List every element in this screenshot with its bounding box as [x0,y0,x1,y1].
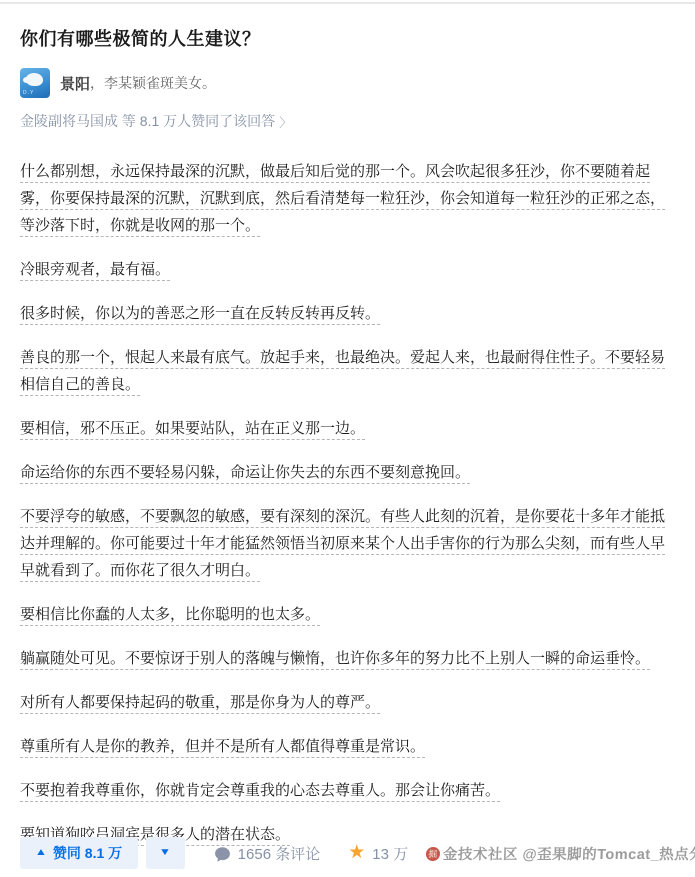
star-count: 13 万 [372,843,408,864]
comments-button[interactable]: 1656 条评论 [214,843,321,864]
watermark: 掘 金技术社区 @歪果脚的Tomcat_热点分享 [426,843,695,864]
answer-paragraph: 要相信比你蠢的人太多，比你聪明的也太多。 [20,601,675,628]
answer-paragraph: 对所有人都要保持起码的敬重，那是你身为人的尊严。 [20,689,675,716]
author-headline: 李某颖雀斑美女。 [104,73,216,93]
author-avatar[interactable]: D.Y [20,68,50,98]
answer-paragraph: 不要抱着我尊重你，你就肯定会尊重我的心态去尊重人。那会让你痛苦。 [20,777,675,804]
upvote-button[interactable]: ▲ 赞同 8.1 万 [20,837,138,869]
chevron-right-icon: 〉 [279,112,292,131]
watermark-text: 金技术社区 @歪果脚的Tomcat_热点分享 [443,843,695,864]
comments-label: 1656 条评论 [238,843,321,864]
star-button[interactable]: ★ 13 万 [348,843,408,864]
author-separator: ， [90,73,104,93]
answer-paragraph: 命运给你的东西不要轻易闪躲，命运让你失去的东西不要刻意挽回。 [20,459,675,486]
downvote-triangle-icon: ▼ [159,848,171,858]
comment-bubble-icon [214,846,231,863]
author-row: D.Y 景阳 ， 李某颖雀斑美女。 [20,67,675,99]
star-icon: ★ [348,843,365,862]
watermark-logo-icon: 掘 [426,846,440,860]
author-name[interactable]: 景阳 [60,73,90,94]
answer-paragraph: 尊重所有人是你的教养，但并不是所有人都值得尊重是常识。 [20,733,675,760]
answer-card: 你们有哪些极简的人生建议？ D.Y 景阳 ， 李某颖雀斑美女。 金陵副将马国成 … [0,0,695,877]
answer-paragraph: 不要浮夸的敏感，不要飘忽的敏感，要有深刻的深沉。有些人此刻的沉着，是你要花十多年… [20,503,675,584]
answer-paragraph: 躺赢随处可见。不要惊讶于别人的落魄与懒惰，也许你多年的努力比不上别人一瞬的命运垂… [20,645,675,672]
avatar-foot-text: D.Y [23,90,34,96]
answer-paragraph: 什么都别想，永远保持最深的沉默，做最后知后觉的那一个。风会吹起很多狂沙，你不要随… [20,158,675,239]
answer-paragraph: 善良的那一个，恨起人来最有底气。放起手来，也最绝决。爱起人来，也最耐得住性子。不… [20,344,675,398]
answer-paragraph: 冷眼旁观者，最有福。 [20,256,675,283]
answer-content: 什么都别想，永远保持最深的沉默，做最后知后觉的那一个。风会吹起很多狂沙，你不要随… [20,158,675,848]
answer-paragraph: 要相信，邪不压正。如果要站队，站在正义那一边。 [20,415,675,442]
avatar-figure-icon [26,73,43,86]
downvote-button[interactable]: ▼ [146,837,185,869]
top-divider [0,2,695,4]
upvote-triangle-icon: ▲ [35,848,47,858]
answer-paragraph: 很多时候，你以为的善恶之形一直在反转反转再反转。 [20,300,675,327]
endorsement-bar[interactable]: 金陵副将马国成 等 8.1 万人赞同了该回答 〉 [20,111,675,131]
endorsement-text: 金陵副将马国成 等 8.1 万人赞同了该回答 [20,111,275,131]
upvote-label: 赞同 8.1 万 [53,843,122,863]
action-bar: ▲ 赞同 8.1 万 ▼ 1656 条评论 ★ 13 万 掘 金技术社区 @歪果… [20,837,695,869]
question-title[interactable]: 你们有哪些极简的人生建议？ [20,26,675,52]
